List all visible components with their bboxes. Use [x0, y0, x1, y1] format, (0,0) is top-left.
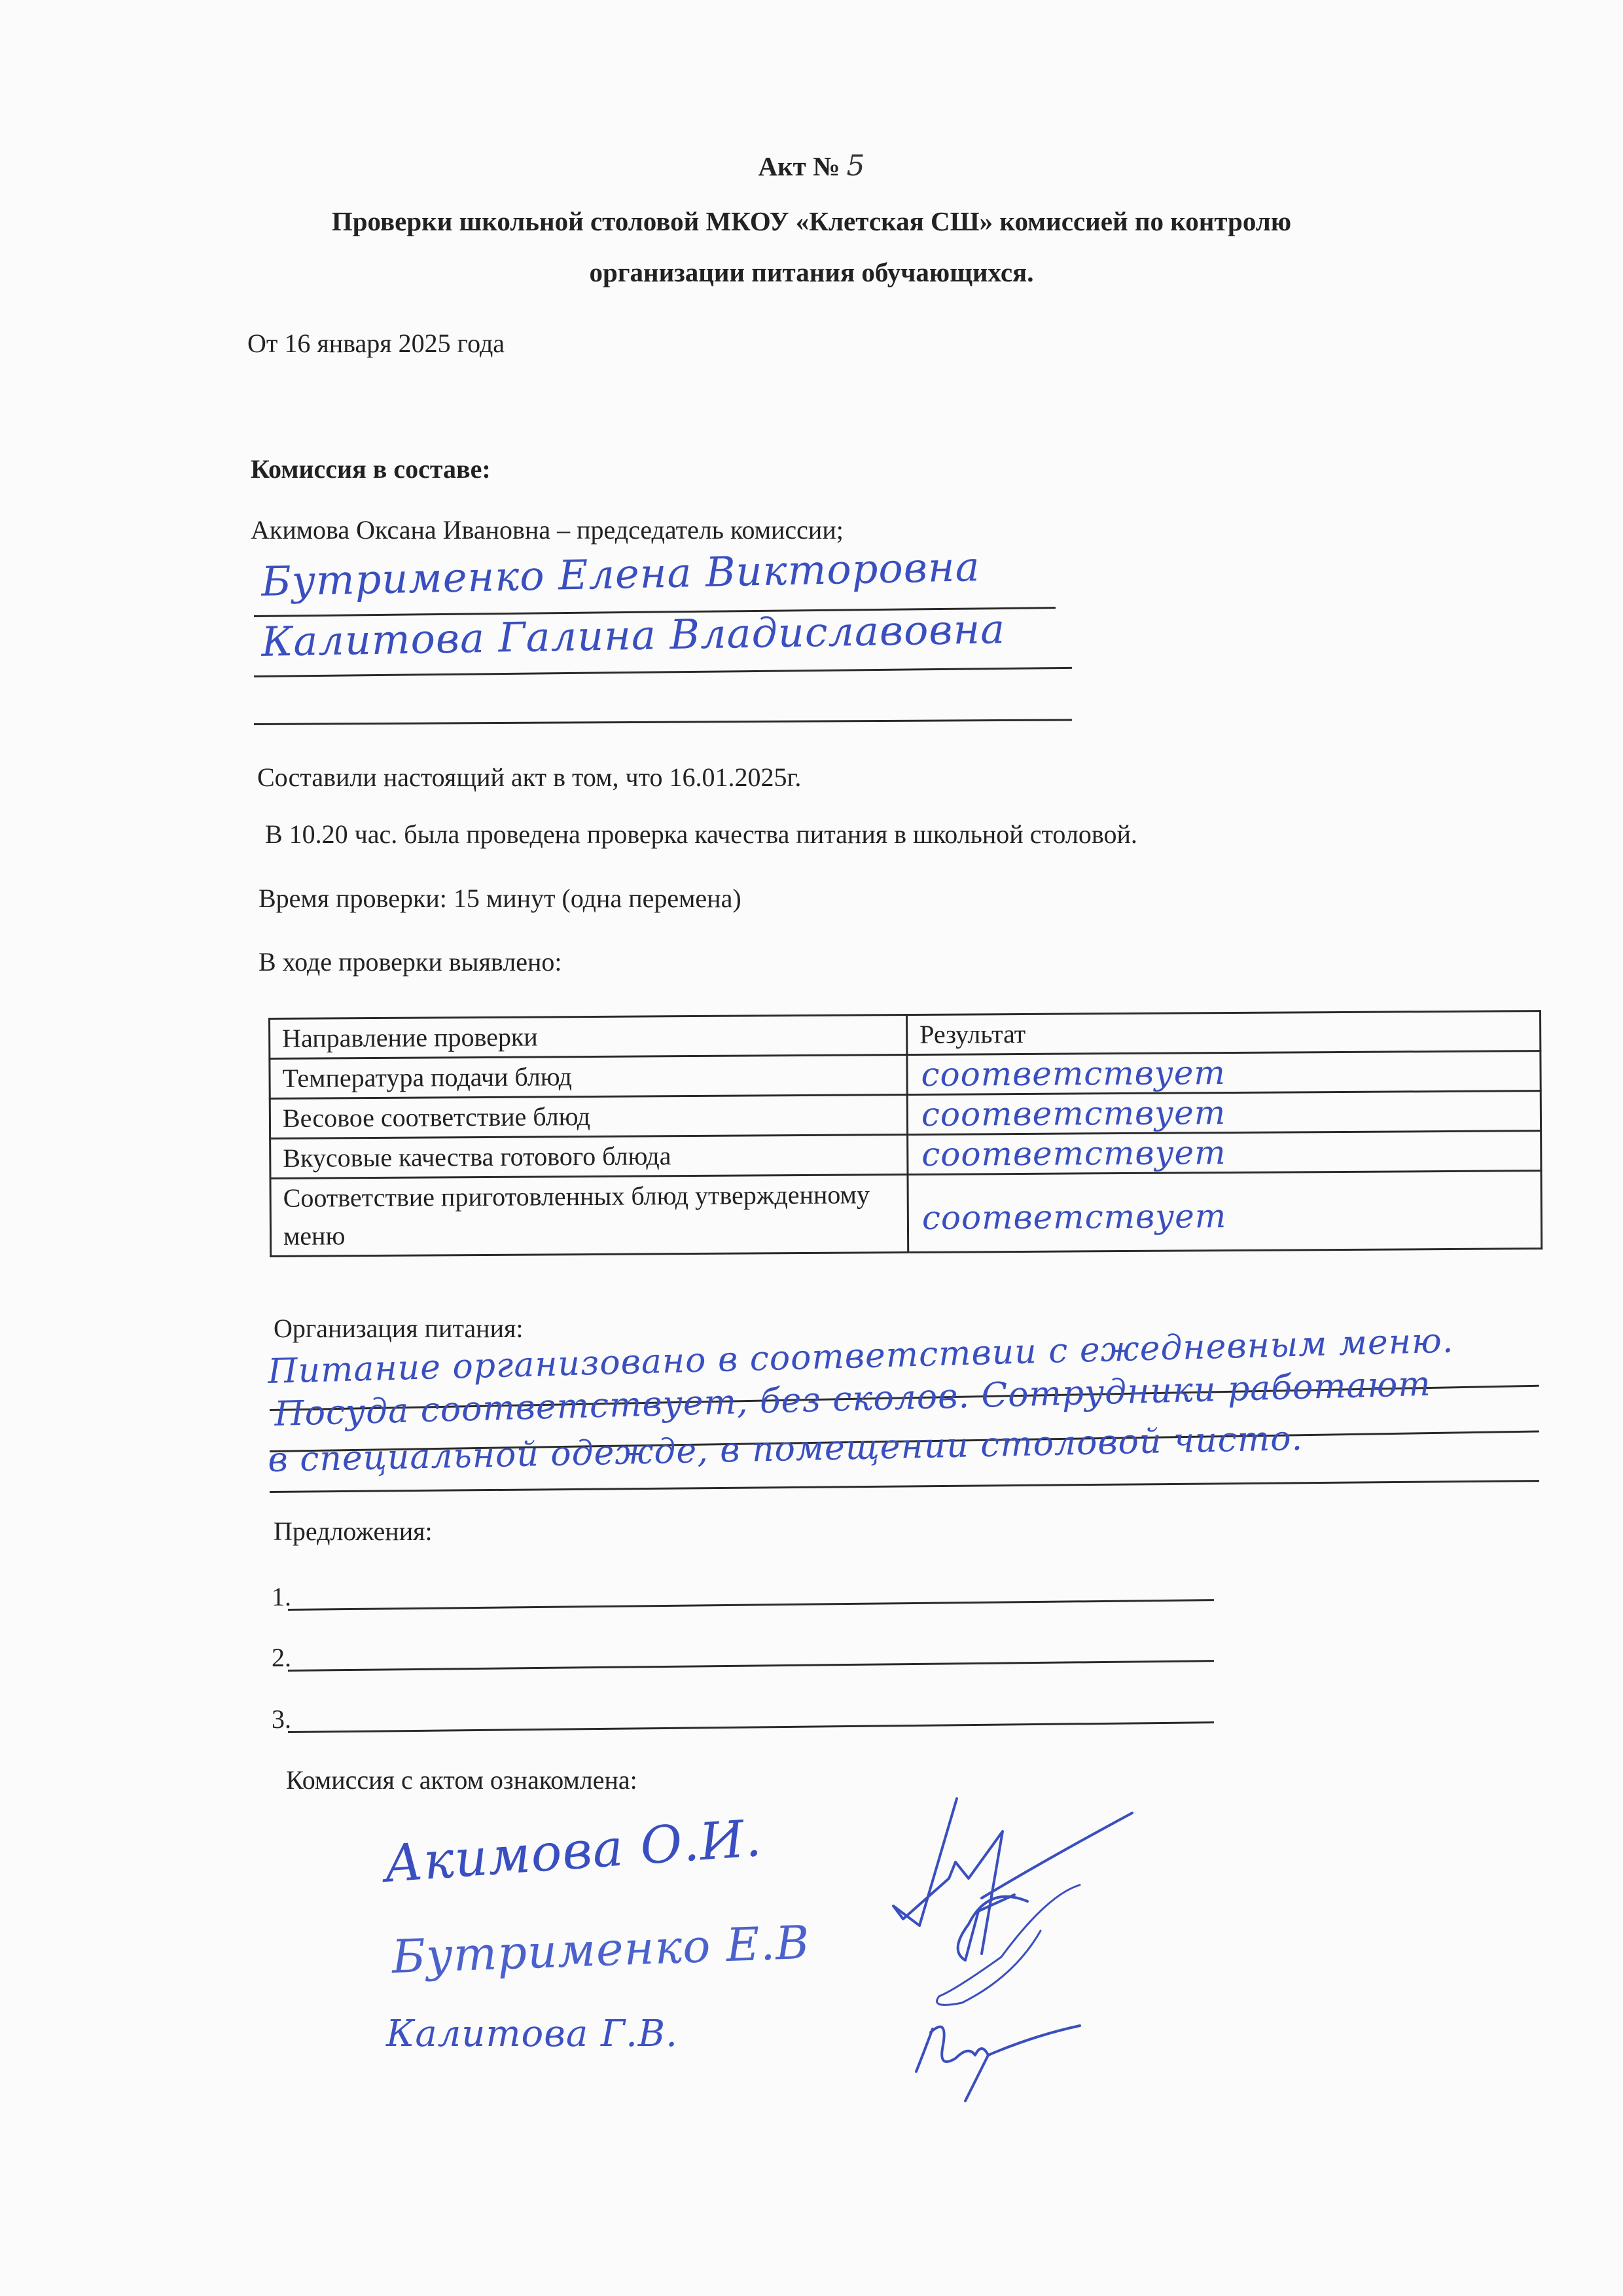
committee-heading: Комиссия в составе:	[251, 456, 491, 482]
proposal-number: 3.	[272, 1704, 291, 1734]
findings-label: В ходе проверки выявлено:	[259, 949, 562, 975]
table-cell-result: соответствует	[907, 1091, 1541, 1135]
proposal-underline-3	[288, 1721, 1214, 1733]
result-handwritten: соответствует	[921, 1136, 1226, 1171]
organization-label: Организация питания:	[274, 1316, 523, 1342]
table-cell-result: соответствует	[908, 1171, 1542, 1253]
inspection-table: Направление проверки Результат Температу…	[268, 1010, 1543, 1257]
proposal-underline-2	[288, 1660, 1214, 1672]
table-header-criterion: Направление проверки	[270, 1015, 907, 1059]
acknowledgement-label: Комиссия с актом ознакомлена:	[286, 1767, 637, 1793]
member-underline-3	[254, 719, 1072, 725]
inspection-time: В 10.20 час. была проведена проверка кач…	[265, 821, 1137, 848]
act-date: От 16 января 2025 года	[247, 331, 505, 357]
table-cell-criterion: Весовое соответствие блюд	[270, 1095, 907, 1139]
proposal-underline-1	[288, 1599, 1214, 1611]
act-subtitle-line-2: организации питания обучающихся.	[0, 259, 1623, 286]
proposal-number: 2.	[272, 1643, 291, 1672]
table-cell-result: соответствует	[908, 1131, 1541, 1175]
committee-chair: Акимова Оксана Ивановна – председатель к…	[251, 517, 844, 543]
signatory-name-3: Калитова Г.В.	[386, 2016, 678, 2053]
proposal-item-2: 2.	[272, 1645, 291, 1671]
act-number: 5	[847, 149, 865, 183]
proposal-number: 1.	[272, 1582, 291, 1611]
table-cell-result: соответствует	[907, 1051, 1541, 1095]
act-title: Акт № 5	[0, 152, 1623, 181]
organization-underline-3	[270, 1480, 1539, 1493]
signature-mark-icon	[883, 1780, 1178, 2108]
signatory-name-2: Бутрименко Е.В	[391, 1920, 811, 1980]
table-header-result: Результат	[906, 1011, 1540, 1055]
proposal-item-1: 1.	[272, 1584, 291, 1610]
table-cell-criterion: Соответствие приготовленных блюд утвержд…	[270, 1175, 908, 1257]
result-handwritten: соответствует	[921, 1096, 1226, 1131]
member-underline-2	[254, 667, 1072, 677]
committee-member-1: Бутрименко Елена Викторовна	[261, 547, 980, 602]
act-subtitle-line-1: Проверки школьной столовой МКОУ «Клетска…	[0, 208, 1623, 235]
proposals-label: Предложения:	[274, 1518, 433, 1545]
table-cell-criterion: Вкусовые качества готового блюда	[270, 1135, 908, 1179]
act-statement: Составили настоящий акт в том, что 16.01…	[257, 764, 801, 791]
inspection-duration: Время проверки: 15 минут (одна перемена)	[259, 886, 741, 912]
result-handwritten: соответствует	[922, 1200, 1227, 1234]
act-title-prefix: Акт №	[758, 151, 846, 181]
committee-member-2: Калитова Галина Владиславовна	[261, 609, 1006, 662]
signatory-name-1: Акимова О.И.	[383, 1813, 764, 1890]
table-cell-criterion: Температура подачи блюд	[270, 1055, 907, 1099]
proposal-item-3: 3.	[272, 1706, 291, 1732]
table-row: Соответствие приготовленных блюд утвержд…	[270, 1171, 1542, 1257]
result-handwritten: соответствует	[921, 1056, 1226, 1091]
